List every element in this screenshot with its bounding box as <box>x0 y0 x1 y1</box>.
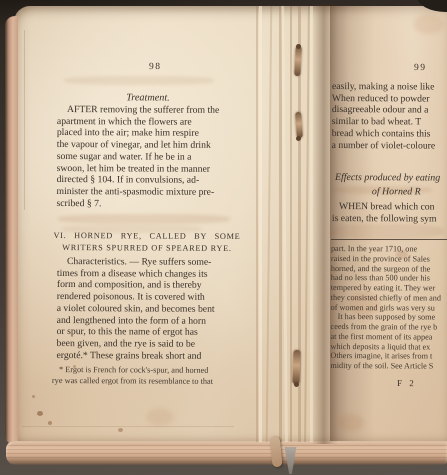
text-line: WHEN bread which con <box>332 201 437 214</box>
stain <box>146 408 174 426</box>
page-press-line <box>22 426 234 427</box>
footnote-line: part. In the year 1710, one <box>331 244 441 254</box>
text-line: times from a disease which changes its <box>57 268 239 281</box>
footnote-line: raised in the province of Sales <box>331 254 441 264</box>
page-crease-line <box>24 30 25 210</box>
footnote-line: ceeds from the grain of the rye b <box>331 322 441 332</box>
text-line: similar to bad wheat. T <box>332 116 436 128</box>
gutter-crease <box>256 6 258 442</box>
text-line: disagreeable odour and a <box>332 104 436 116</box>
footnote-line: had no less than 500 under his <box>331 273 441 283</box>
stitch-knot <box>296 136 301 141</box>
text-line: apartment in which the flowers are <box>57 116 239 129</box>
left-paragraph-characteristics: Characteristics. — Rye suffers some- tim… <box>56 256 239 362</box>
footnote-line: tempered by eating it. They wer <box>331 283 441 293</box>
text-line: a violet coloured skin, and becomes bent <box>57 303 239 316</box>
text-line: swoon, let him be treated in the manner <box>57 163 239 176</box>
footnote-line: * Ergot is French for cock's-spur, and h… <box>52 365 244 377</box>
footnote-line: at the first moment of its appea <box>330 332 440 342</box>
foxing-spot <box>118 428 123 432</box>
footnote-line: which deposits a liquid that ex <box>330 341 440 351</box>
text-line: is eaten, the following sym <box>332 213 437 226</box>
gutter-highlight <box>259 6 262 442</box>
effects-heading: Effects produced by eating of Horned R <box>335 171 440 200</box>
ink-ghosting <box>58 214 230 224</box>
text-line: placed into the air; make him respire <box>57 127 239 140</box>
text-line: the vapour of vinegar, and let him drink <box>57 139 239 152</box>
section-heading-line: VI. HORNED RYE, CALLED BY SOME <box>52 230 242 243</box>
left-footnote: * Ergot is French for cock's-spur, and h… <box>52 365 244 388</box>
text-line: AFTER removing the sufferer from the <box>57 104 239 117</box>
footnote-line: midity of the soil. See Article S <box>330 361 440 371</box>
heading-line: Effects produced by eating <box>335 171 440 186</box>
footnote-separator-rule <box>331 239 447 240</box>
left-page-stack-edge <box>5 16 18 444</box>
footnote-line: they consisted chiefly of men and <box>331 293 441 303</box>
footnote-line: It has been supposed by some <box>331 312 441 322</box>
text-line: ergoté.* These grains break short and <box>56 350 238 363</box>
foxing-spot <box>32 395 35 398</box>
treatment-heading: Treatment. <box>57 92 239 104</box>
text-line: form and composition, and is thereby <box>57 279 239 292</box>
section-heading-line: WRITERS SPURRED OF SPEARED RYE. <box>52 242 242 255</box>
ink-ghosting <box>64 76 214 85</box>
binding-stitch <box>292 350 300 384</box>
book-scan-photo: 98 Treatment. AFTER removing the suffere… <box>0 0 447 475</box>
text-line: When reduced to powder <box>332 93 436 105</box>
left-page-number: 98 <box>149 62 162 72</box>
footnote-line: Others imagine, it arises from t <box>330 351 440 361</box>
right-page-number: 99 <box>414 63 427 73</box>
stitch-knot <box>294 382 299 387</box>
foxing-spot <box>37 411 43 416</box>
right-paragraph-when-bread: WHEN bread which con is eaten, the follo… <box>332 201 437 226</box>
text-line: scribed § 7. <box>56 198 238 211</box>
bottom-page-stack-edge <box>6 441 447 465</box>
signature-mark: F 2 <box>397 378 416 388</box>
text-line: and lengthened into the form of a horn <box>57 315 239 328</box>
footnote-line: horned, and the surgeon of the <box>331 263 441 273</box>
text-line: been given, and the rye is said to be <box>57 338 239 351</box>
text-line: Characteristics. — Rye suffers some- <box>57 256 239 269</box>
right-paragraph-top: easily, making a noise like When reduced… <box>332 81 436 152</box>
stain <box>414 14 444 34</box>
text-line: bread which contains this <box>332 128 436 140</box>
foxing-spot <box>48 421 52 425</box>
section-heading-horned-rye: VI. HORNED RYE, CALLED BY SOME WRITERS S… <box>52 230 242 256</box>
heading-line: of Horned R <box>335 185 440 200</box>
footnote-line: rye was called ergot from its resemblanc… <box>52 376 244 388</box>
left-paragraph-treatment: AFTER removing the sufferer from the apa… <box>56 104 239 210</box>
footnote-line: of women and girls was very su <box>331 302 441 312</box>
text-line: rendered poisonous. It is covered with <box>57 291 239 304</box>
right-footnote: part. In the year 1710, one raised in th… <box>330 244 441 371</box>
text-line: directed § 104. If in convulsions, ad- <box>57 174 239 187</box>
text-line: or spur, to this the name of ergot has <box>57 326 239 339</box>
text-line: easily, making a noise like <box>332 81 436 93</box>
text-line: some sugar and water. If he be in a <box>57 151 239 164</box>
stain <box>338 414 364 432</box>
stitch-knot <box>296 44 301 49</box>
text-line: a number of violet-coloure <box>332 140 436 152</box>
text-line: minister the anti-spasmodic mixture pre- <box>57 186 239 199</box>
